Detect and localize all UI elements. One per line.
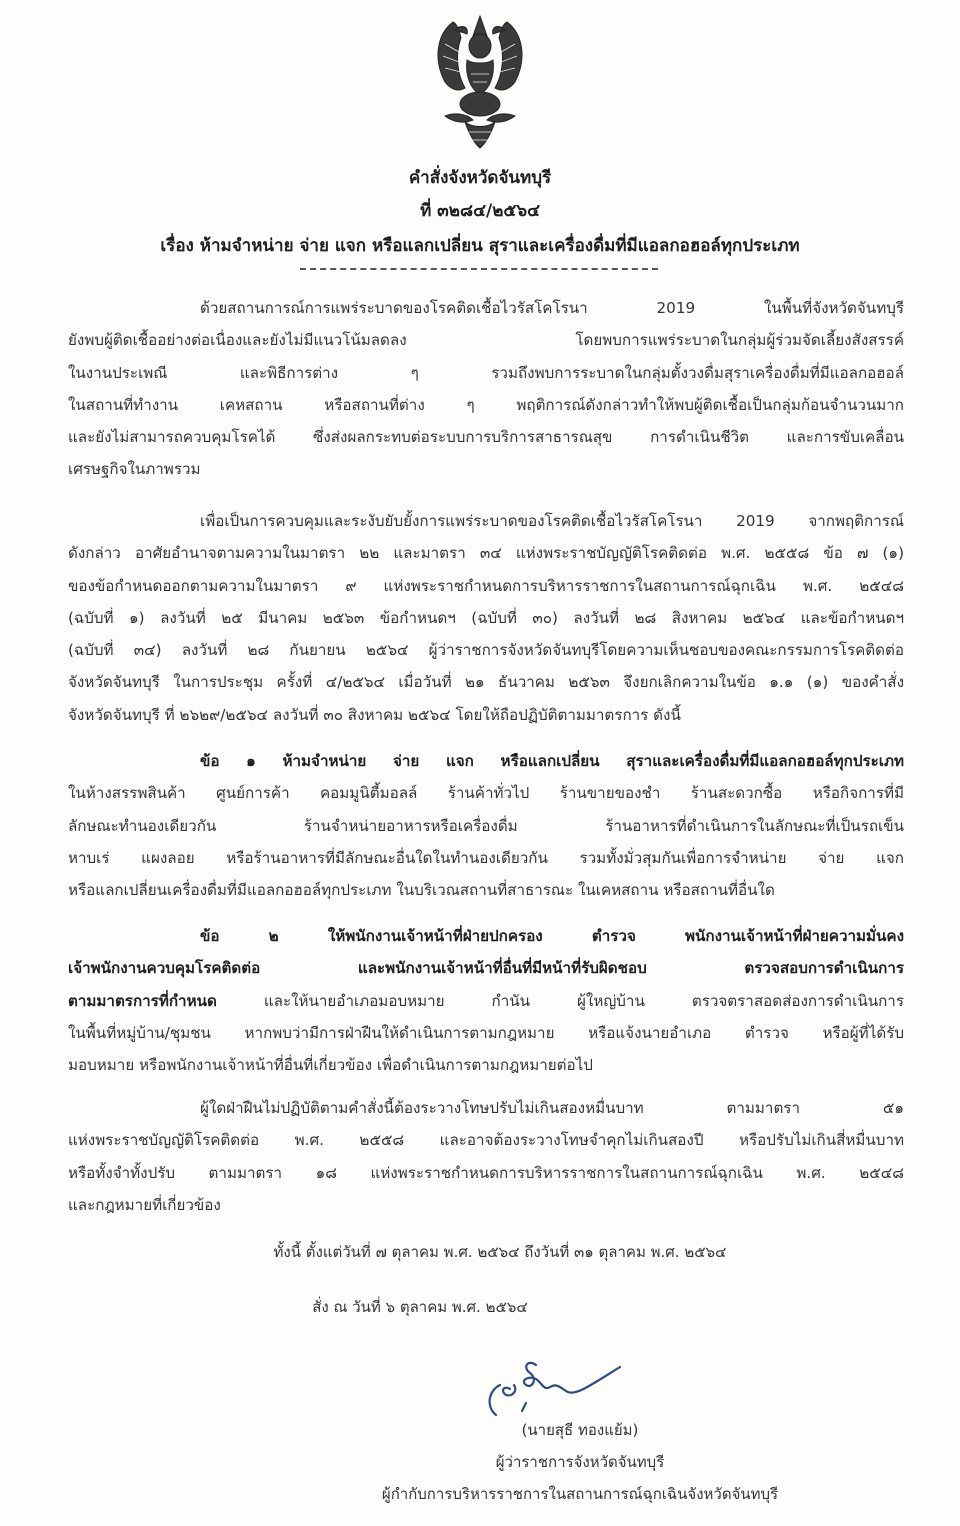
text-line: และยังไม่สามารถควบคุมโรคได้ ซึ่งส่งผลกระ… <box>68 421 904 453</box>
text-line: (ฉบับที่ ๑) ลงวันที่ ๒๕ มีนาคม ๒๕๖๓ ข้อก… <box>68 602 904 634</box>
clause-1-heading: ข้อ ๑ ห้ามจำหน่าย จ่าย แจก หรือแลกเปลี่ย… <box>68 745 904 777</box>
text-line: จังหวัดจันทบุรี ในการประชุม ครั้งที่ ๔/๒… <box>68 666 904 698</box>
clause-2-heading: ข้อ ๒ ให้พนักงานเจ้าหน้าที่ฝ่ายปกครอง ตำ… <box>68 920 904 952</box>
text-line: ในสถานที่ทำงาน เคหสถาน หรือสถานที่ต่าง ๆ… <box>68 389 904 421</box>
text-line: ดังกล่าว อาศัยอำนาจตามความในมาตรา ๒๒ และ… <box>68 537 904 569</box>
order-title: คำสั่งจังหวัดจันทบุรี <box>0 164 960 191</box>
text-line: ลักษณะทำนองเดียวกัน ร้านจำหน่ายอาหารหรือ… <box>68 810 904 842</box>
order-subject: เรื่อง ห้ามจำหน่าย จ่าย แจก หรือแลกเปลี่… <box>0 232 960 259</box>
clause-2: ข้อ ๒ ให้พนักงานเจ้าหน้าที่ฝ่ายปกครอง ตำ… <box>68 920 904 1081</box>
text-line: มอบหมาย หรือพนักงานเจ้าหน้าที่อื่นที่เกี… <box>68 1049 904 1081</box>
text-line: และให้นายอำเภอมอบหมาย กำนัน ผู้ใหญ่บ้าน … <box>217 992 904 1010</box>
text-line: (ฉบับที่ ๓๔) ลงวันที่ ๒๘ กันยายน ๒๕๖๔ ผู… <box>68 634 904 666</box>
text-line: ในพื้นที่หมู่บ้าน/ชุมชน หากพบว่ามีการฝ่า… <box>68 1017 904 1049</box>
issued-date: สั่ง ณ วันที่ ๖ ตุลาคม พ.ศ. ๒๕๖๔ <box>0 1295 900 1319</box>
text-line: ในห้างสรรพสินค้า ศูนย์การค้า คอมมูนิตี้ม… <box>68 777 904 809</box>
clause-1: ข้อ ๑ ห้ามจำหน่าย จ่าย แจก หรือแลกเปลี่ย… <box>68 745 904 906</box>
text-line: ในงานประเพณี และพิธีการต่าง ๆ รวมถึงพบกา… <box>68 357 904 389</box>
signatory-name: (นายสุธี ทองแย้ม) <box>300 1418 860 1442</box>
text-line: หาบเร่ แผงลอย หรือร้านอาหารที่มีลักษณะอื… <box>68 842 904 874</box>
text-line: และกฎหมายที่เกี่ยวข้อง <box>68 1189 904 1221</box>
text-line: หรือทั้งจำทั้งปรับ ตามมาตรา ๑๘ แห่งพระรา… <box>68 1157 904 1189</box>
paragraph-background: ด้วยสถานการณ์การแพร่ระบาดของโรคติดเชื้อไ… <box>68 292 904 486</box>
effective-period: ทั้งนี้ ตั้งแต่วันที่ ๗ ตุลาคม พ.ศ. ๒๕๖๔… <box>0 1240 960 1264</box>
signatory-position: ผู้ว่าราชการจังหวัดจันทบุรี <box>300 1450 860 1474</box>
text-bold: ตามมาตรการที่กำหนด <box>68 992 217 1010</box>
text-line: หรือแลกเปลี่ยนเครื่องดื่มที่มีแอลกอฮอล์ท… <box>68 874 904 906</box>
text-line: ผู้ใดฝ่าฝืนไม่ปฏิบัติตามคำสั่งนี้ต้องระว… <box>68 1092 904 1124</box>
paragraph-legal-basis: เพื่อเป็นการควบคุมและระงับยับยั้งการแพร่… <box>68 505 904 731</box>
text-line: ยังพบผู้ติดเชื้ออย่างต่อเนื่องและยังไม่ม… <box>68 324 904 356</box>
text-line: เพื่อเป็นการควบคุมและระงับยับยั้งการแพร่… <box>68 505 904 537</box>
text-line: ของข้อกำหนดออกตามความในมาตรา ๙ แห่งพระรา… <box>68 570 904 602</box>
text-line: เศรษฐกิจในภาพรวม <box>68 453 904 485</box>
garuda-emblem-icon <box>415 4 545 154</box>
signature-icon <box>470 1345 670 1425</box>
text-line: เจ้าพนักงานควบคุมโรคติดต่อ และพนักงานเจ้… <box>68 952 904 984</box>
paragraph-penalty: ผู้ใดฝ่าฝืนไม่ปฏิบัติตามคำสั่งนี้ต้องระว… <box>68 1092 904 1221</box>
text-line: แห่งพระราชบัญญัติโรคติดต่อ พ.ศ. ๒๕๕๘ และ… <box>68 1124 904 1156</box>
signatory-role: ผู้กำกับการบริหารราชการในสถานการณ์ฉุกเฉิ… <box>300 1482 860 1506</box>
text-line: จังหวัดจันทบุรี ที่ ๒๖๒๙/๒๕๖๔ ลงวันที่ ๓… <box>68 699 904 731</box>
text-line: ด้วยสถานการณ์การแพร่ระบาดของโรคติดเชื้อไ… <box>68 292 904 324</box>
order-number: ที่ ๓๒๘๔/๒๕๖๔ <box>0 197 960 224</box>
divider <box>300 268 658 270</box>
